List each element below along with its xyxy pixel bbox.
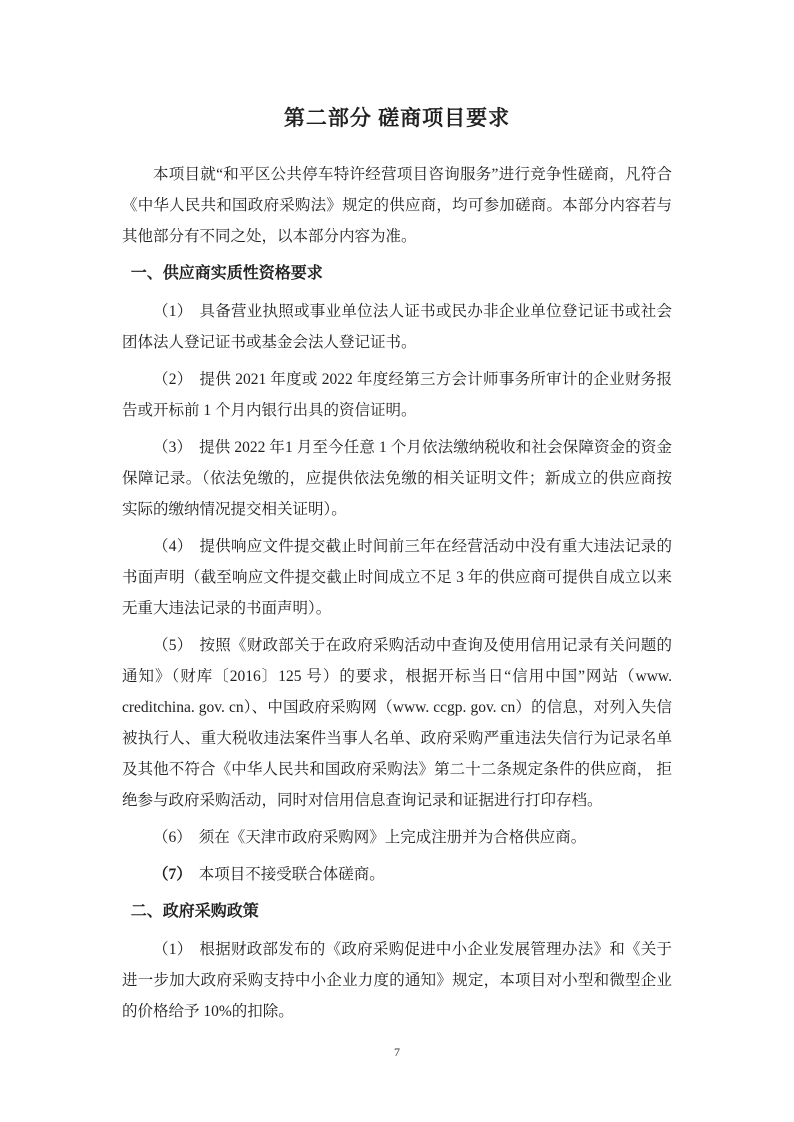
item-marker: （2） [153, 371, 193, 388]
section2-heading: 二、政府采购政策 [122, 896, 672, 927]
item-text: 提供 2021 年度或 2022 年度经第三方会计师事务所审计的企业财务报告或开… [122, 371, 672, 419]
item-text: 须在《天津市政府采购网》上完成注册并为合格供应商。 [199, 829, 587, 846]
section1-item-3: （3）提供 2022 年1 月至今任意 1 个月依法缴纳税收和社会保障资金的资金… [122, 432, 672, 525]
section1-item-4: （4）提供响应文件提交截止时间前三年在经营活动中没有重大违法记录的书面声明（截至… [122, 531, 672, 624]
item-marker: （1） [153, 941, 193, 958]
item-marker: （1） [153, 303, 193, 320]
item-marker: （4） [153, 538, 193, 555]
intro-paragraph: 本项目就“和平区公共停车特许经营项目咨询服务”进行竞争性磋商，凡符合《中华人民共… [122, 159, 672, 252]
item-text: 具备营业执照或事业单位法人证书或民办非企业单位登记证书或社会团体法人登记证书或基… [122, 303, 672, 351]
section1-item-2: （2）提供 2021 年度或 2022 年度经第三方会计师事务所审计的企业财务报… [122, 364, 672, 426]
document-page: 第二部分 磋商项目要求 本项目就“和平区公共停车特许经营项目咨询服务”进行竞争性… [0, 0, 794, 1122]
section1-item-7: （7）本项目不接受联合体磋商。 [122, 859, 672, 890]
item-text: 根据财政部发布的《政府采购促进中小企业发展管理办法》和《关于进一步加大政府采购支… [122, 941, 672, 1020]
section2-item-1: （1）根据财政部发布的《政府采购促进中小企业发展管理办法》和《关于进一步加大政府… [122, 934, 672, 1027]
item-text: 提供响应文件提交截止时间前三年在经营活动中没有重大违法记录的书面声明（截至响应文… [122, 538, 672, 617]
item-marker: （6） [153, 829, 192, 846]
item-marker: （3） [153, 439, 192, 456]
item-text: 提供 2022 年1 月至今任意 1 个月依法缴纳税收和社会保障资金的资金保障记… [122, 439, 672, 518]
section1-item-5: （5）按照《财政部关于在政府采购活动中查询及使用信用记录有关问题的通知》（财库〔… [122, 630, 672, 816]
page-title: 第二部分 磋商项目要求 [122, 103, 672, 133]
item-marker: （7） [153, 866, 192, 883]
page-number: 7 [0, 1045, 794, 1060]
section1-item-1: （1）具备营业执照或事业单位法人证书或民办非企业单位登记证书或社会团体法人登记证… [122, 296, 672, 358]
item-text: 按照《财政部关于在政府采购活动中查询及使用信用记录有关问题的通知》（财库〔201… [122, 637, 672, 809]
section1-heading: 一、供应商实质性资格要求 [122, 258, 672, 289]
item-text: 本项目不接受联合体磋商。 [199, 866, 385, 883]
section1-item-6: （6）须在《天津市政府采购网》上完成注册并为合格供应商。 [122, 822, 672, 853]
item-marker: （5） [153, 637, 193, 654]
